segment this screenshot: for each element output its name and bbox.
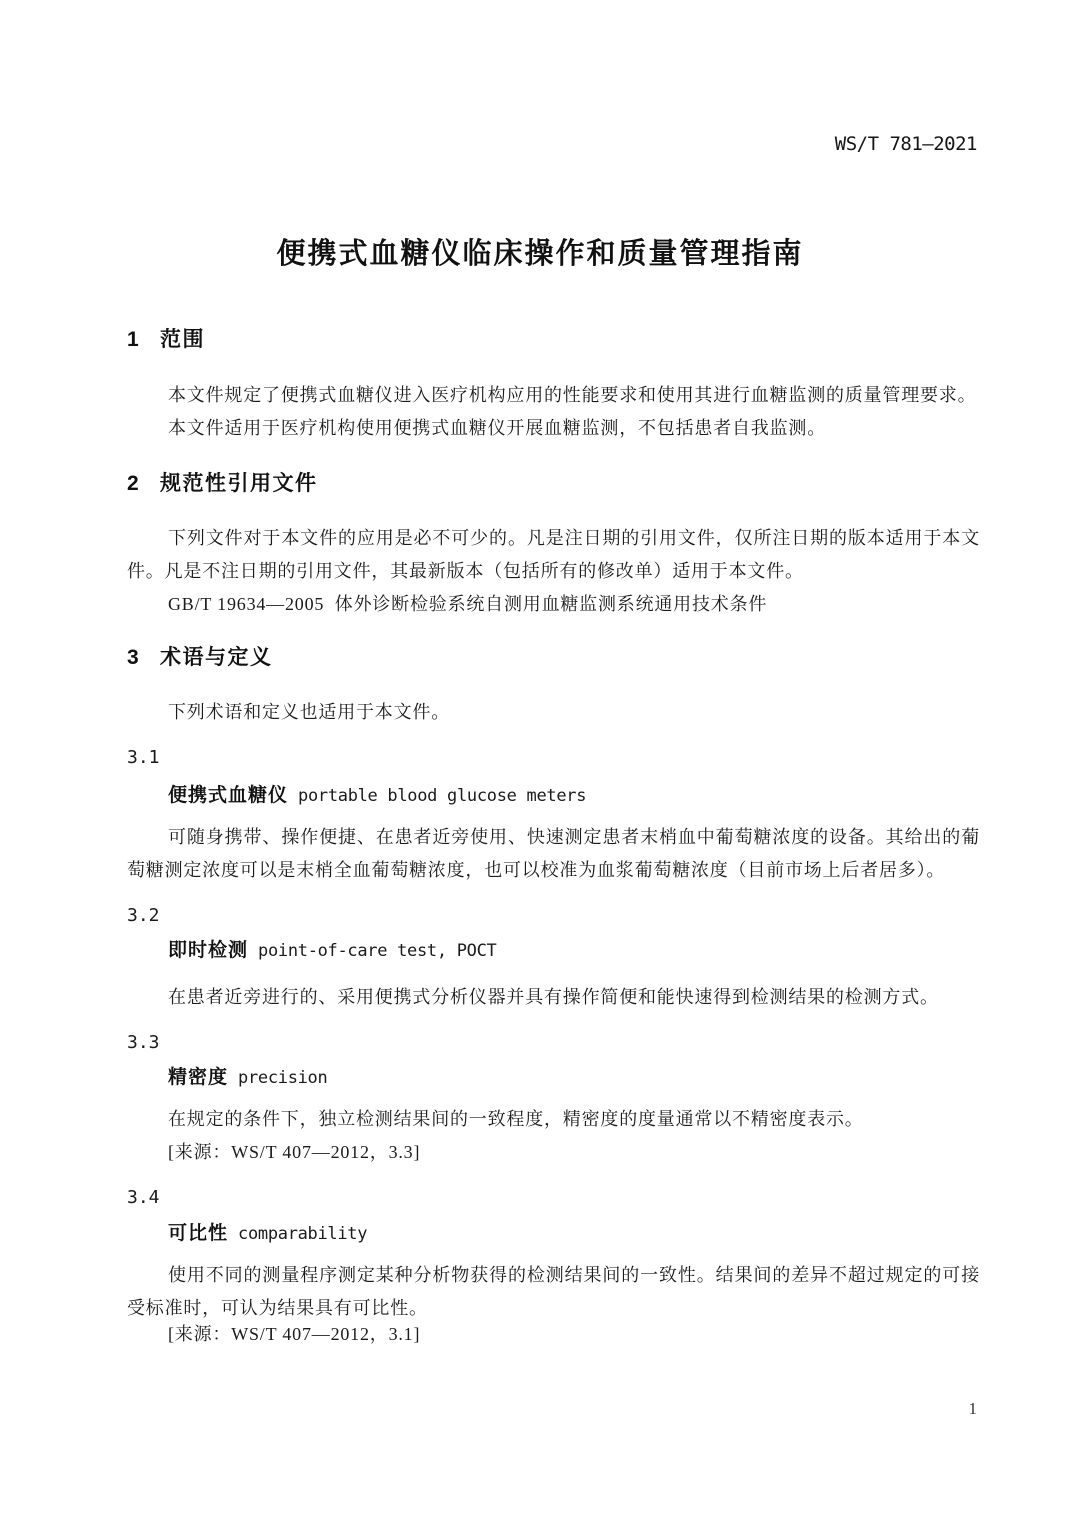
paragraph: 下列术语和定义也适用于本文件。	[127, 696, 980, 729]
term-number: 3.4	[127, 1181, 980, 1214]
section-title: 规范性引用文件	[160, 472, 318, 495]
section-title: 术语与定义	[160, 646, 273, 669]
term-chinese: 精密度	[168, 1067, 228, 1088]
term-definition: 在规定的条件下，独立检测结果间的一致程度，精密度的度量通常以不精密度表示。	[127, 1103, 980, 1136]
term-definition: 使用不同的测量程序测定某种分析物获得的检测结果间的一致性。结果间的差异不超过规定…	[127, 1259, 980, 1325]
term-number: 3.2	[127, 899, 980, 932]
term-source: [来源：WS/T 407—2012，3.1]	[127, 1318, 980, 1351]
reference-entry: GB/T 19634—2005 体外诊断检验系统自测用血糖监测系统通用技术条件	[127, 588, 980, 621]
term-source: [来源：WS/T 407—2012，3.3]	[127, 1136, 980, 1169]
section-number: 3	[127, 641, 160, 674]
document-page: WS/T 781—2021 便携式血糖仪临床操作和质量管理指南 1范围 本文件规…	[0, 0, 1080, 1527]
section-number: 1	[127, 323, 160, 356]
section-heading-terms-definitions: 3术语与定义	[127, 641, 980, 674]
paragraph: 下列文件对于本文件的应用是必不可少的。凡是注日期的引用文件，仅所注日期的版本适用…	[127, 522, 980, 588]
term-english: point-of-care test, POCT	[258, 941, 496, 961]
section-heading-scope: 1范围	[127, 323, 980, 356]
term-number: 3.3	[127, 1026, 980, 1059]
term-chinese: 可比性	[168, 1223, 228, 1244]
term-definition: 在患者近旁进行的、采用便携式分析仪器并具有操作简便和能快速得到检测结果的检测方式…	[127, 981, 980, 1014]
document-body: 1范围 本文件规定了便携式血糖仪进入医疗机构应用的性能要求和使用其进行血糖监测的…	[127, 0, 980, 1527]
term-english: portable blood glucose meters	[298, 786, 586, 806]
term-entry: 可比性comparability	[127, 1217, 980, 1251]
term-entry: 便携式血糖仪portable blood glucose meters	[127, 779, 980, 813]
section-title: 范围	[160, 328, 205, 351]
term-definition: 可随身携带、操作便捷、在患者近旁使用、快速测定患者末梢血中葡萄糖浓度的设备。其给…	[127, 821, 980, 887]
term-english: precision	[238, 1068, 327, 1088]
term-entry: 即时检测point-of-care test, POCT	[127, 934, 980, 968]
page-number: 1	[969, 1398, 978, 1420]
term-entry: 精密度precision	[127, 1061, 980, 1095]
term-number: 3.1	[127, 741, 980, 774]
term-chinese: 即时检测	[168, 940, 248, 961]
term-english: comparability	[238, 1224, 367, 1244]
paragraph: 本文件适用于医疗机构使用便携式血糖仪开展血糖监测，不包括患者自我监测。	[127, 412, 980, 445]
section-number: 2	[127, 467, 160, 500]
term-chinese: 便携式血糖仪	[168, 785, 288, 806]
section-heading-normative-references: 2规范性引用文件	[127, 467, 980, 500]
paragraph: 本文件规定了便携式血糖仪进入医疗机构应用的性能要求和使用其进行血糖监测的质量管理…	[127, 379, 980, 412]
